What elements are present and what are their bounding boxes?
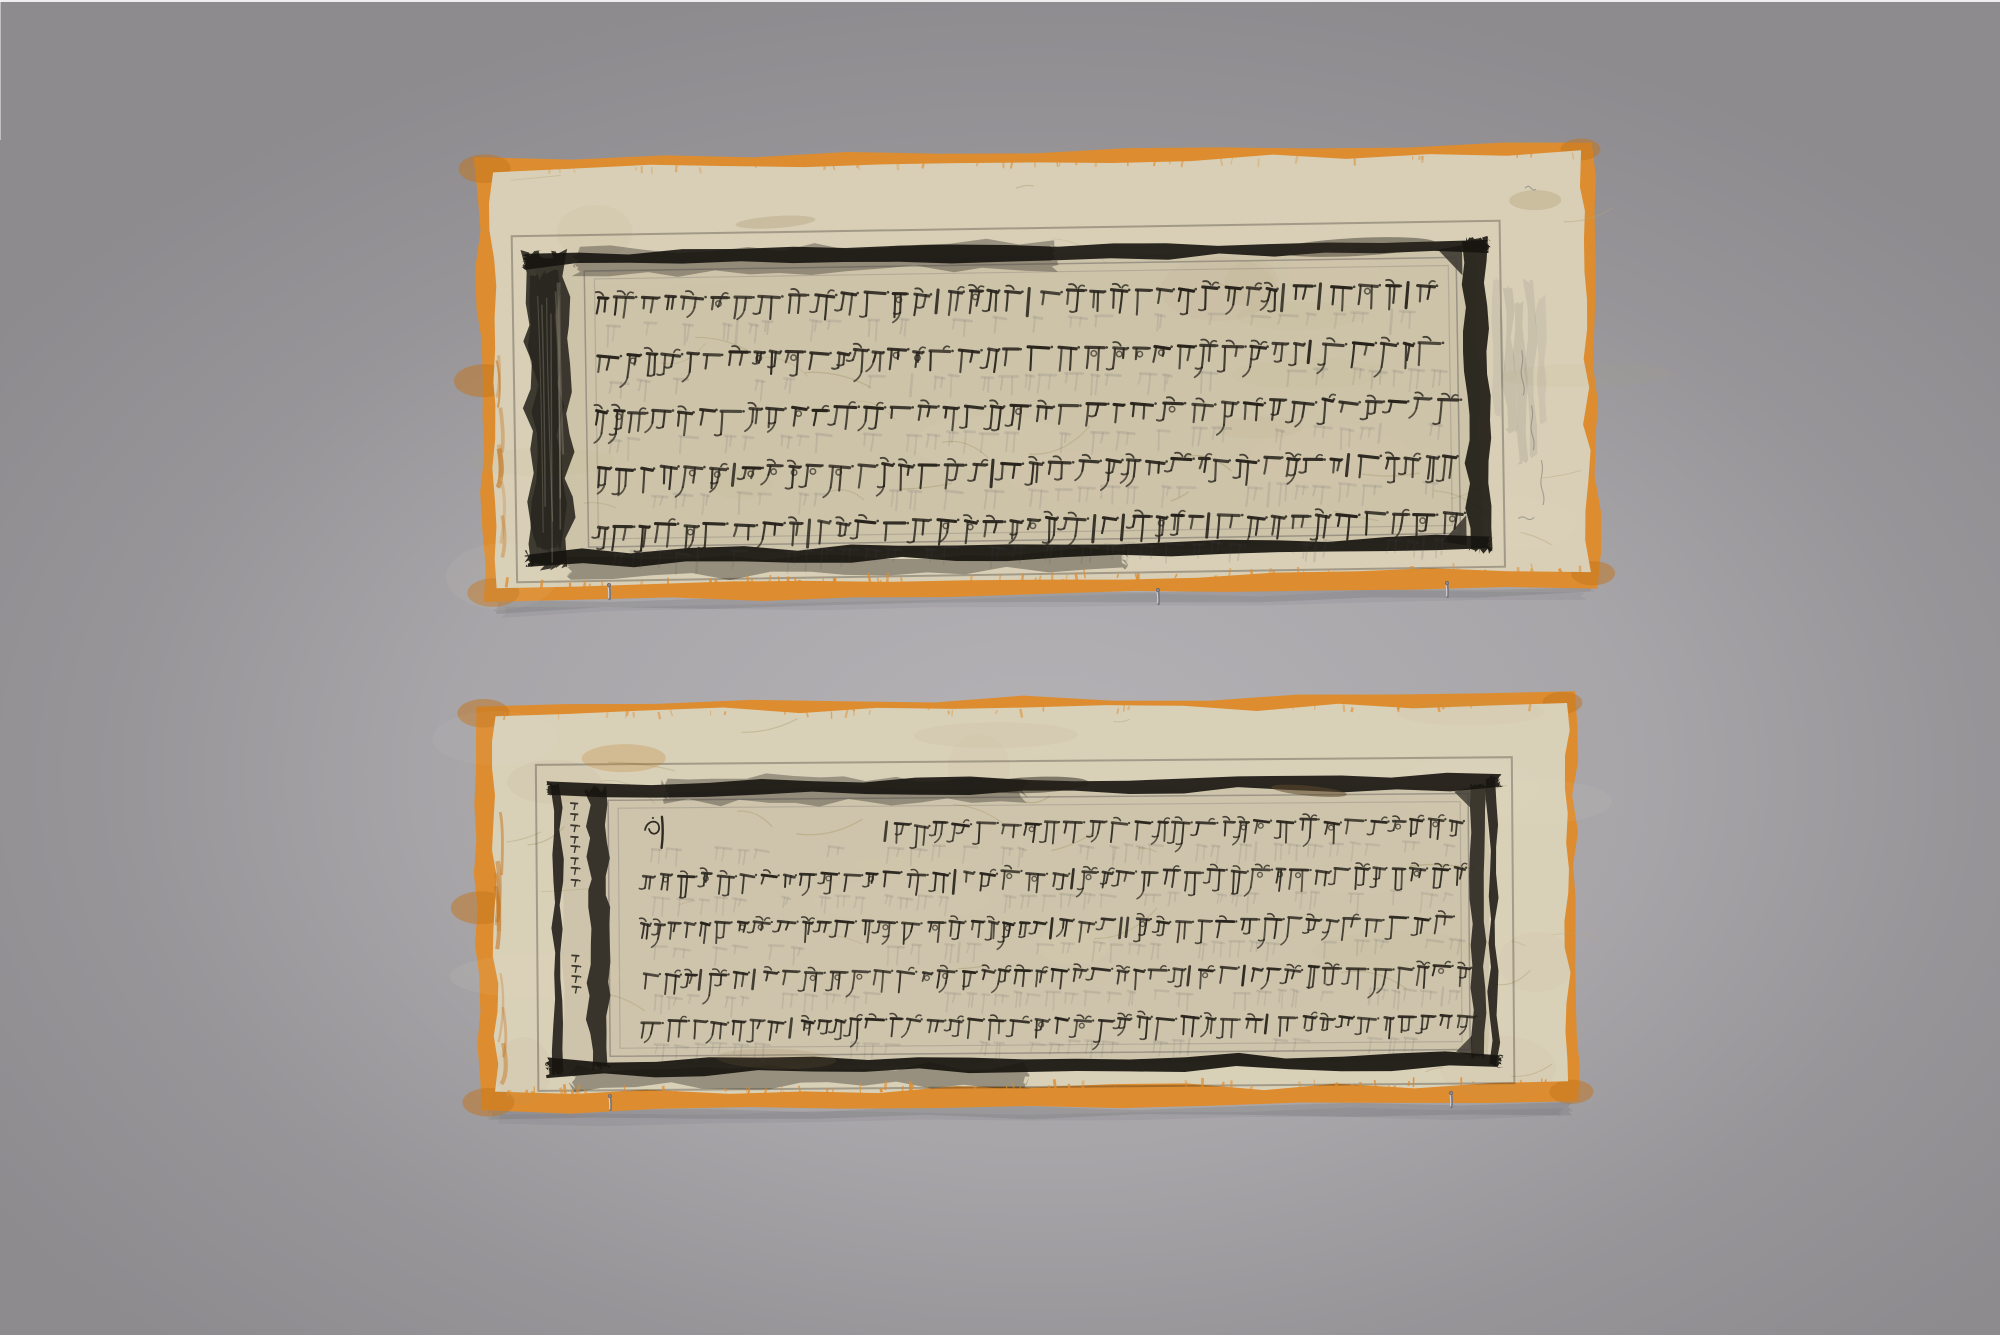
museum-photo [0, 0, 2000, 1335]
upper-folio-print [474, 139, 1601, 619]
lower-folio [473, 693, 1579, 1129]
lower-folio-print [473, 693, 1579, 1129]
photo-edge-highlight-left [0, 0, 1, 140]
photo-edge-highlight [0, 0, 2000, 2]
upper-folio [474, 139, 1601, 619]
